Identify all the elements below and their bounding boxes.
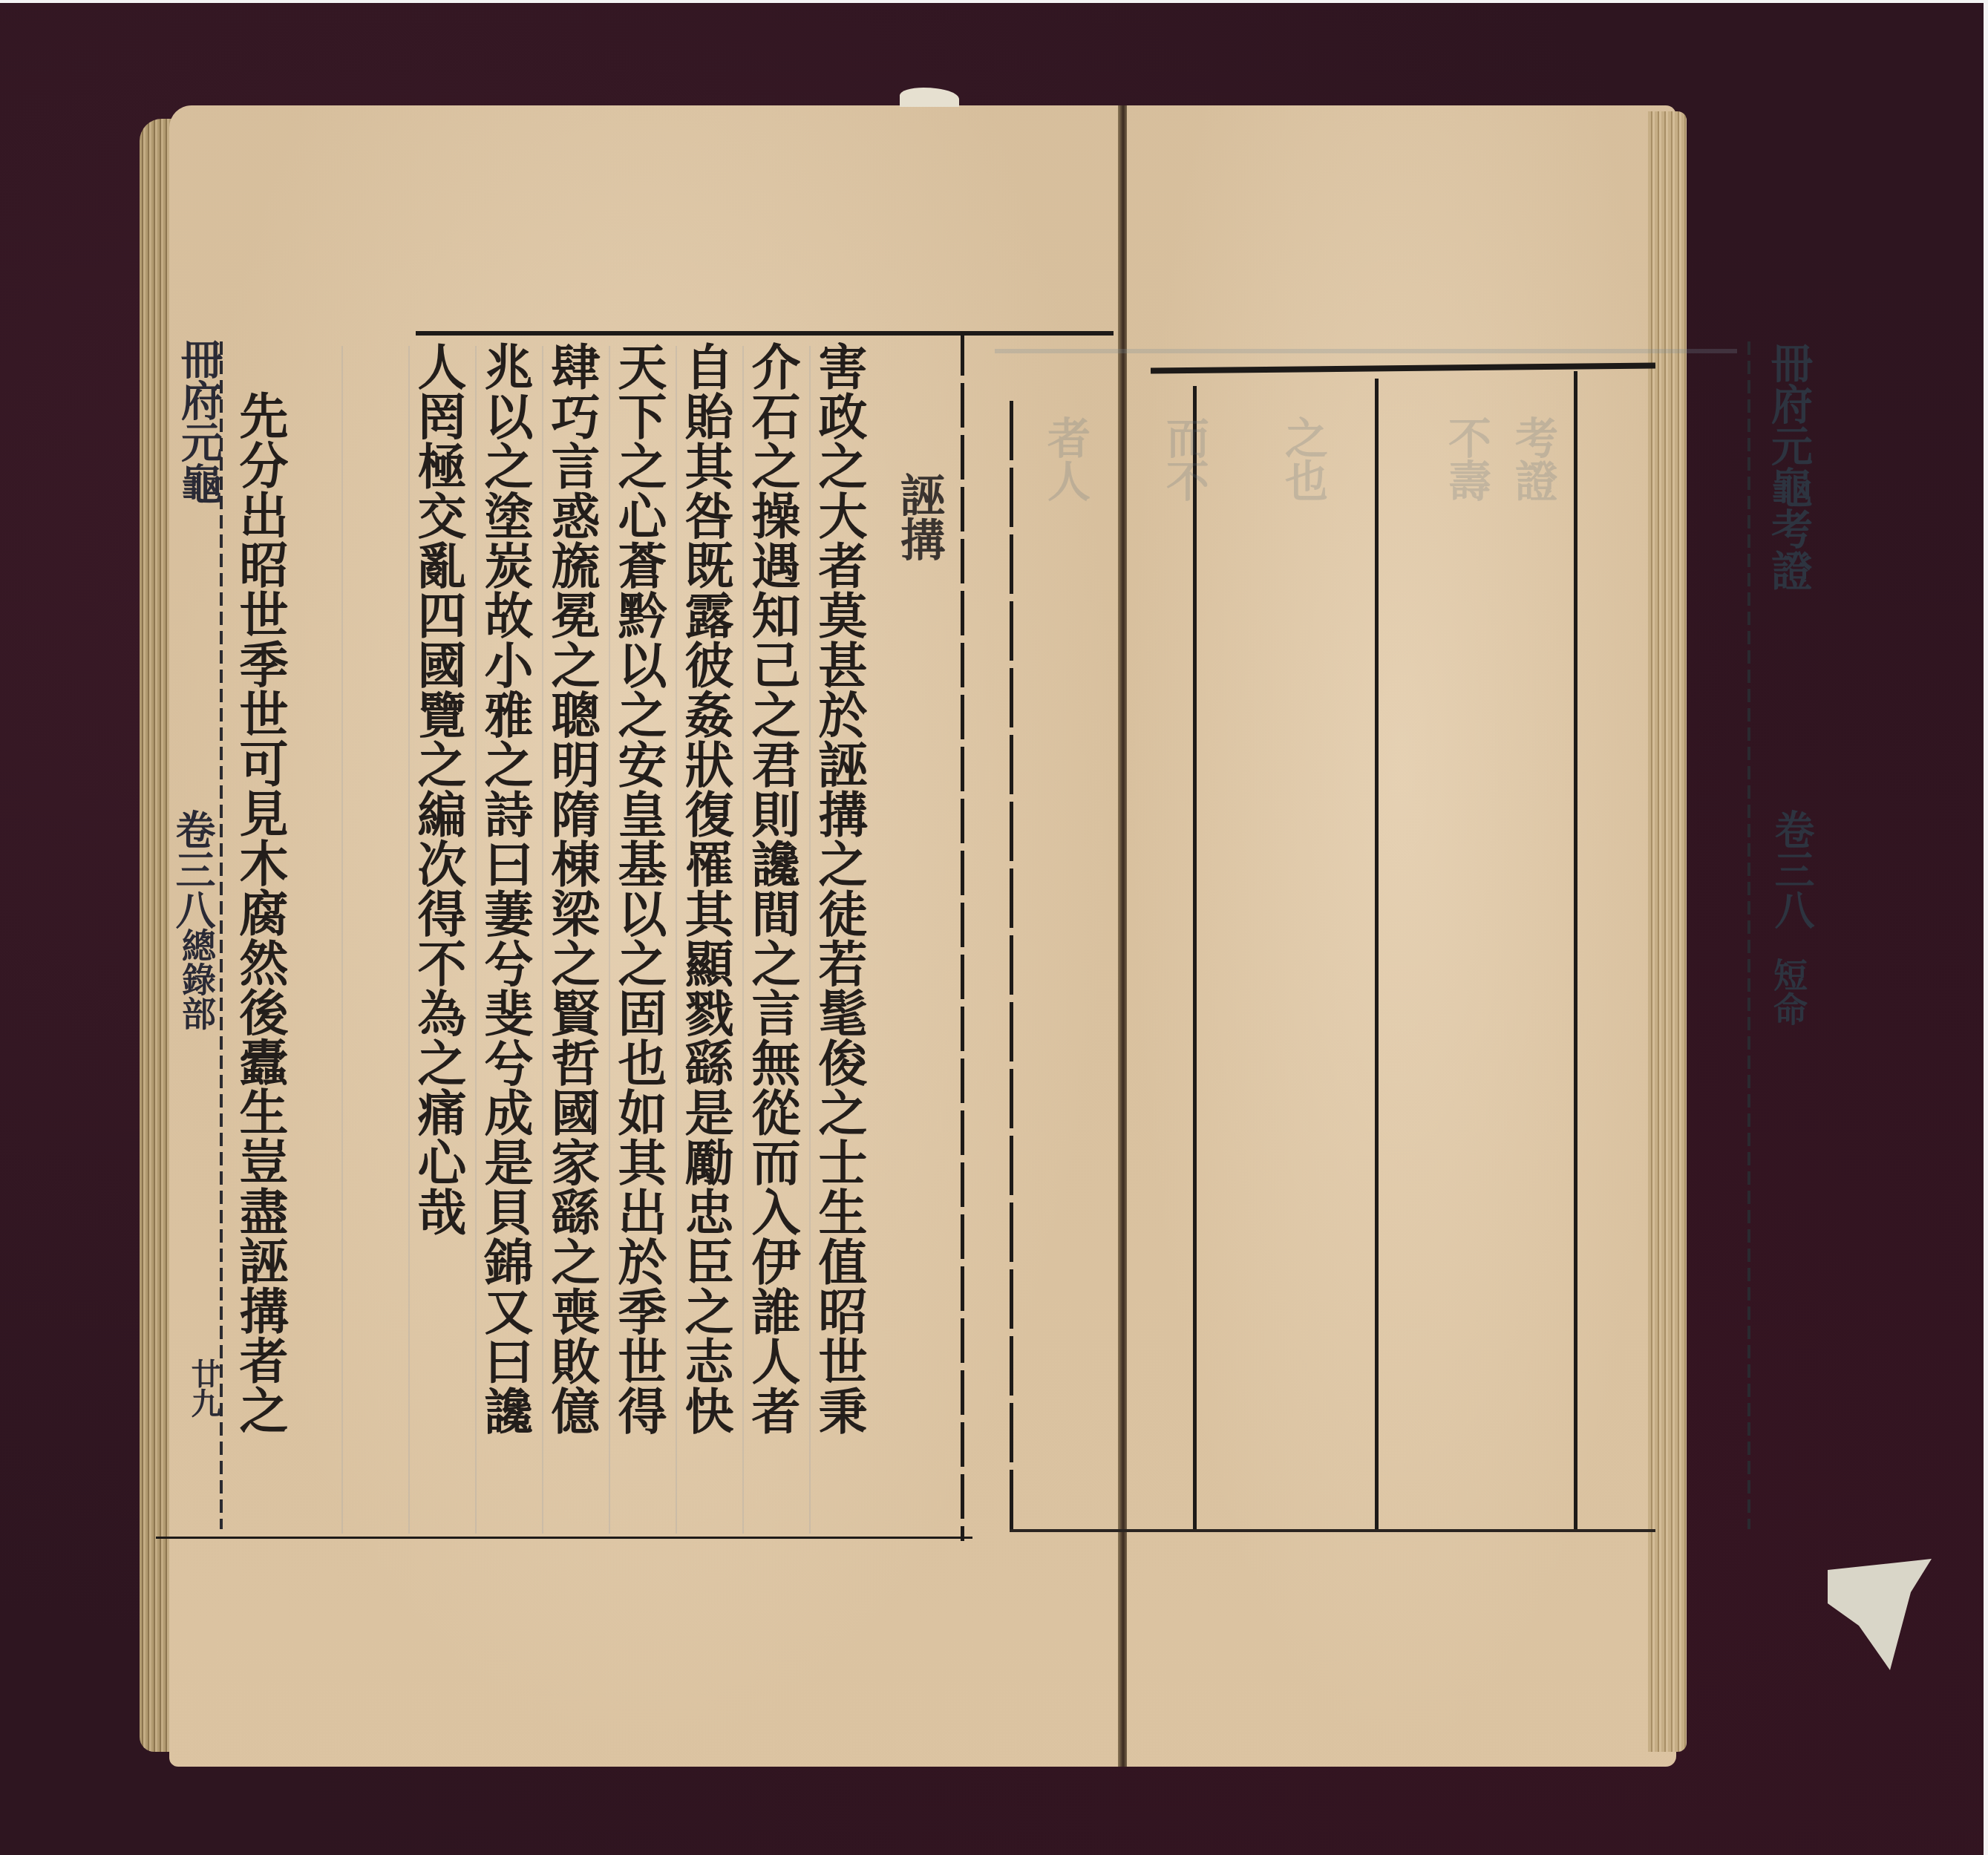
text-column-7: 人罔極交亂四國覽之編次得不為之痛心哉 xyxy=(408,341,468,1237)
bleed-through-text: 不壽 xyxy=(1440,416,1492,502)
bleed-through-text: 者人 xyxy=(1039,416,1091,502)
vertical-rule xyxy=(1193,386,1197,1529)
margin-section-right: 短命 xyxy=(1764,958,1813,1026)
scan-border-right xyxy=(1984,0,1988,1855)
margin-book-title: 冊府元龜 xyxy=(169,338,229,504)
paper-tear-top xyxy=(900,88,959,107)
section-heading: 誣搆 xyxy=(887,472,951,561)
vertical-rule xyxy=(1375,379,1379,1529)
text-column-2: 介石之操遇知己之君則讒間之言無從而入伊誰人者 xyxy=(742,341,802,1436)
margin-section: 總錄部 xyxy=(172,928,221,1030)
bleed-through-rule xyxy=(995,349,1737,353)
text-column-3: 自貽其咎既露彼姦狀復罹其顯戮繇是勵忠臣之志快 xyxy=(676,341,735,1436)
margin-page-number: 廿九 xyxy=(183,1358,225,1418)
bleed-through-text: 而不 xyxy=(1158,416,1210,502)
scan-border-top xyxy=(0,0,1988,3)
frame-rule-top xyxy=(416,331,1114,336)
text-column-4: 天下之心蒼黔以之安皇基以之固也如其出於季世得 xyxy=(609,341,668,1436)
paper-tear-right xyxy=(1828,1559,1932,1670)
margin-volume-right: 卷三八 xyxy=(1764,809,1821,929)
text-column-5: 肆巧言惑旒冕之聰明隋棟梁之賢哲國家繇之喪敗億 xyxy=(542,341,601,1436)
right-page xyxy=(1127,105,1676,1767)
margin-book-title-right: 冊府元龜考證 xyxy=(1759,341,1819,591)
frame-rule-bottom xyxy=(156,1537,972,1539)
margin-rule-right xyxy=(1747,341,1750,1529)
text-column-6: 兆以之塗炭故小雅之詩曰萋兮斐兮成是貝錦又曰讒 xyxy=(475,341,534,1436)
text-column-1: 害政之大者莫甚於誣搆之徒若髦俊之士生值昭世秉 xyxy=(809,341,869,1436)
text-column-8: 先分出昭世季世可見木腐然後蠹生豈盡誣搆者之 xyxy=(230,390,290,1435)
text-block-left: 誣搆 害政之大者莫甚於誣搆之徒若髦俊之士生值昭世秉 介石之操遇知己之君則讒間之言… xyxy=(156,331,972,1541)
column-divider xyxy=(341,346,343,1534)
bleed-through-text: 考證 xyxy=(1507,416,1559,502)
vertical-rule xyxy=(1010,401,1013,1529)
margin-volume: 卷三八 xyxy=(165,809,222,929)
vertical-rule xyxy=(1574,371,1577,1529)
page-edges-right xyxy=(1648,111,1687,1752)
bleed-through-text: 之也 xyxy=(1277,416,1329,502)
frame-rule-bottom-right xyxy=(1010,1529,1655,1532)
frame-rule-right xyxy=(961,331,964,1541)
